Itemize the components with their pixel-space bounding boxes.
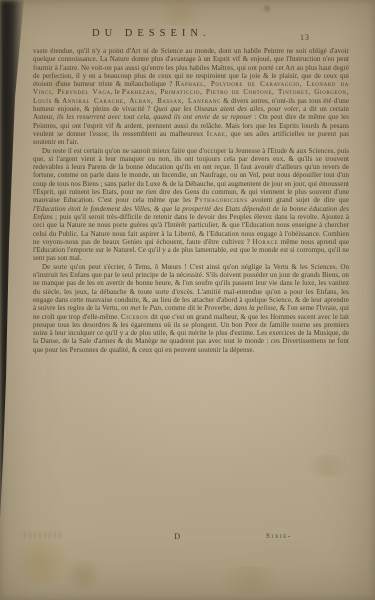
running-head-title: DU DESSEIN. xyxy=(92,28,211,39)
book-page: DU DESSEIN. 13 vaste étendue, qu'il n'y … xyxy=(0,0,375,600)
paper-stain xyxy=(6,540,76,584)
paper-stain xyxy=(300,455,356,477)
paragraph: De sorte qu'on peut s'écrier, ô Tems, ô … xyxy=(33,263,349,354)
show-through-smudge xyxy=(24,532,64,539)
paragraph: vaste étendue, qu'il n'y a point d'Art n… xyxy=(33,47,349,147)
signature-mark: D xyxy=(174,531,180,541)
gutter-shadow xyxy=(0,0,26,540)
paper-stain xyxy=(60,560,106,590)
paper-stain xyxy=(262,4,272,13)
paper-stain xyxy=(210,566,290,594)
paragraph: Du reste il est certain qu'on ne sauroit… xyxy=(33,147,349,263)
paper-stain xyxy=(150,0,210,26)
catchword: Sixie- xyxy=(266,532,292,540)
body-text: vaste étendue, qu'il n'y a point d'Art n… xyxy=(33,47,349,354)
page-number: 13 xyxy=(300,33,310,42)
